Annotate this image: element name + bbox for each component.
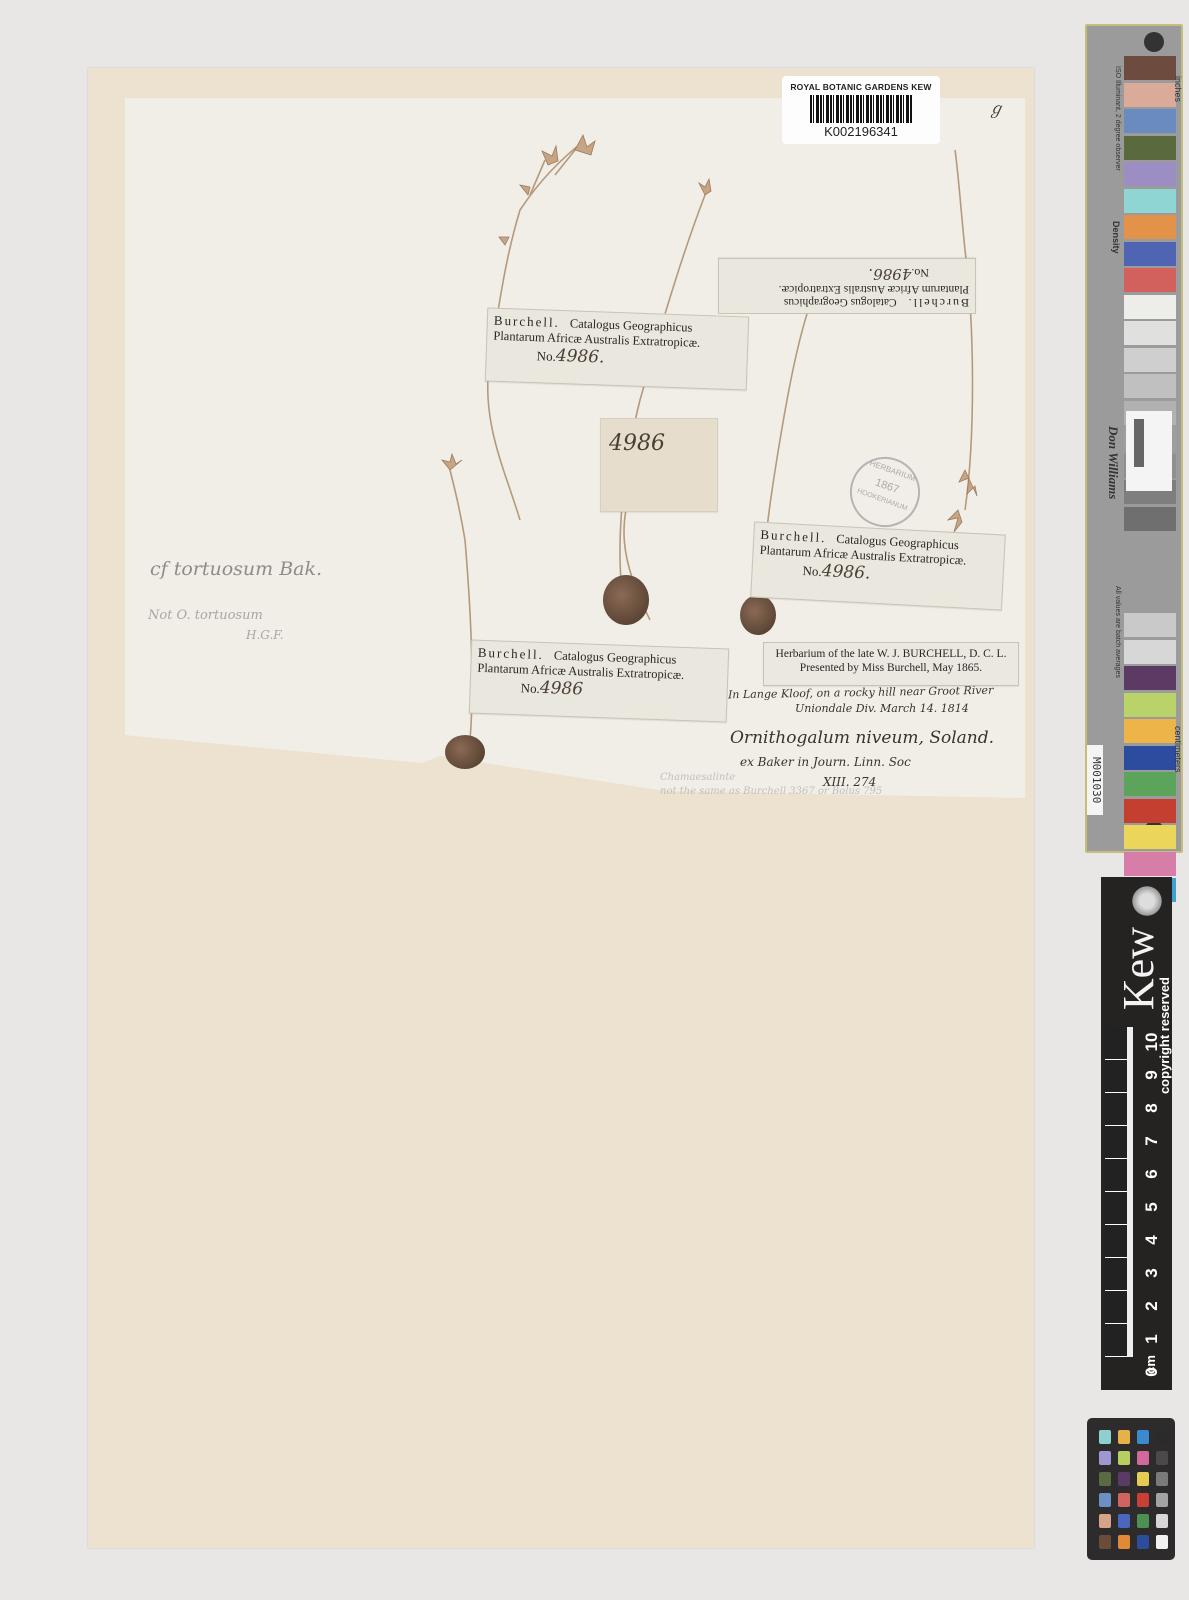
checker-swatch	[1118, 1535, 1130, 1549]
checker-swatch	[1099, 1493, 1111, 1507]
checker-swatch	[1156, 1535, 1168, 1549]
checker-swatch	[1099, 1514, 1111, 1528]
collection-number: 4986.	[556, 346, 605, 368]
kew-crest-icon	[1129, 885, 1165, 917]
checker-swatch	[1118, 1430, 1130, 1444]
color-patch	[1124, 189, 1176, 213]
ruler-number: 3	[1142, 1258, 1162, 1288]
checker-swatch	[1118, 1493, 1130, 1507]
pencil-note-not: Not O. tortuosum	[148, 608, 263, 623]
color-patch	[1124, 772, 1176, 796]
checker-swatch	[1118, 1514, 1130, 1528]
ruler-number: 9	[1142, 1060, 1162, 1090]
checker-swatch	[1099, 1535, 1111, 1549]
pencil-note-bottom: not the same as Burchell 3367 or Bolus 7…	[660, 786, 882, 797]
burchell-label: Burchell.Catalogus Geographicus Plantaru…	[485, 307, 749, 390]
color-patch	[1124, 693, 1176, 717]
pencil-initials: H.G.F.	[246, 628, 284, 642]
grayscale-target	[1126, 411, 1172, 491]
checker-swatch	[1156, 1493, 1168, 1507]
color-checker-card	[1087, 1418, 1175, 1560]
color-patch	[1124, 109, 1176, 133]
color-patch	[1124, 374, 1176, 398]
brand-name: Don Williams	[1091, 426, 1121, 506]
color-patch	[1124, 507, 1176, 531]
cm-ruler	[1105, 1027, 1133, 1357]
checker-swatch	[1099, 1430, 1111, 1444]
color-patch	[1124, 162, 1176, 186]
color-patch	[1124, 242, 1176, 266]
checker-swatch	[1118, 1472, 1130, 1486]
color-patch	[1124, 746, 1176, 770]
checker-swatch	[1118, 1451, 1130, 1465]
determination-reference: ex Baker in Journ. Linn. Soc	[740, 755, 911, 769]
color-patch	[1124, 825, 1176, 849]
number-slip: 4986	[600, 418, 718, 512]
pencil-note-bottom: Chamaesalinte	[660, 772, 735, 783]
color-patch	[1124, 640, 1176, 664]
ruler-number: 10	[1142, 1027, 1162, 1057]
color-patch	[1124, 295, 1176, 319]
color-patch	[1124, 321, 1176, 345]
ruler-number: 6	[1142, 1159, 1162, 1189]
checker-swatch	[1099, 1472, 1111, 1486]
checker-swatch	[1156, 1430, 1168, 1444]
collection-number: 4986	[540, 678, 584, 699]
ruler-numbers: 012345678910	[1137, 992, 1167, 1362]
checker-swatch	[1137, 1493, 1149, 1507]
burchell-label: Burchell.Catalogus Geographicus Plantaru…	[750, 521, 1006, 610]
collection-number: 4986.	[821, 561, 871, 584]
checker-swatch	[1137, 1451, 1149, 1465]
checker-swatch	[1137, 1430, 1149, 1444]
color-patch	[1124, 268, 1176, 292]
locality-date: Uniondale Div. March 14. 1814	[795, 702, 969, 715]
color-patch	[1124, 348, 1176, 372]
checker-swatch	[1137, 1514, 1149, 1528]
ruler-number: 8	[1142, 1093, 1162, 1123]
color-patch	[1124, 719, 1176, 743]
color-patch	[1124, 83, 1176, 107]
ruler-number: 5	[1142, 1192, 1162, 1222]
color-patch	[1124, 666, 1176, 690]
pencil-note-cf: cf tortuosum Bak.	[150, 558, 322, 580]
checker-swatch	[1137, 1472, 1149, 1486]
ruler-number: 4	[1142, 1225, 1162, 1255]
color-bar-tag: M001030	[1087, 745, 1103, 815]
bulb-specimen	[445, 735, 485, 769]
bulb-specimen	[740, 595, 776, 635]
burchell-label: Burchell.Catalogus Geographicus Plantaru…	[469, 640, 729, 723]
color-patch	[1124, 799, 1176, 823]
color-patch	[1124, 56, 1176, 80]
checker-swatch	[1156, 1514, 1168, 1528]
ruler-number: 1	[1142, 1324, 1162, 1354]
plant-specimens	[0, 0, 1189, 1600]
checker-swatch	[1137, 1535, 1149, 1549]
color-calibration-bar: ISO Illuminant, 2 degree observer Densit…	[1085, 24, 1183, 853]
checker-swatch	[1156, 1472, 1168, 1486]
unit-label: cm	[1143, 1355, 1158, 1374]
color-patch	[1124, 613, 1176, 637]
ruler-number: 7	[1142, 1126, 1162, 1156]
determination-name: Ornithogalum niveum, Soland.	[730, 728, 994, 748]
checker-swatch	[1156, 1451, 1168, 1465]
color-patch	[1124, 852, 1176, 876]
ruler-number: 2	[1142, 1291, 1162, 1321]
color-patch	[1124, 136, 1176, 160]
registration-dot	[1144, 32, 1164, 52]
color-patch	[1124, 215, 1176, 239]
herbarium-provenance-label: Herbarium of the late W. J. BURCHELL, D.…	[763, 642, 1019, 686]
kew-scale-bar: Kew copyright reserved 012345678910 cm	[1101, 877, 1172, 1390]
checker-swatch	[1099, 1451, 1111, 1465]
bulb-specimen	[603, 575, 649, 625]
burchell-label-inverted: Burchell.Catalogus Geographicus Plantaru…	[718, 258, 976, 314]
